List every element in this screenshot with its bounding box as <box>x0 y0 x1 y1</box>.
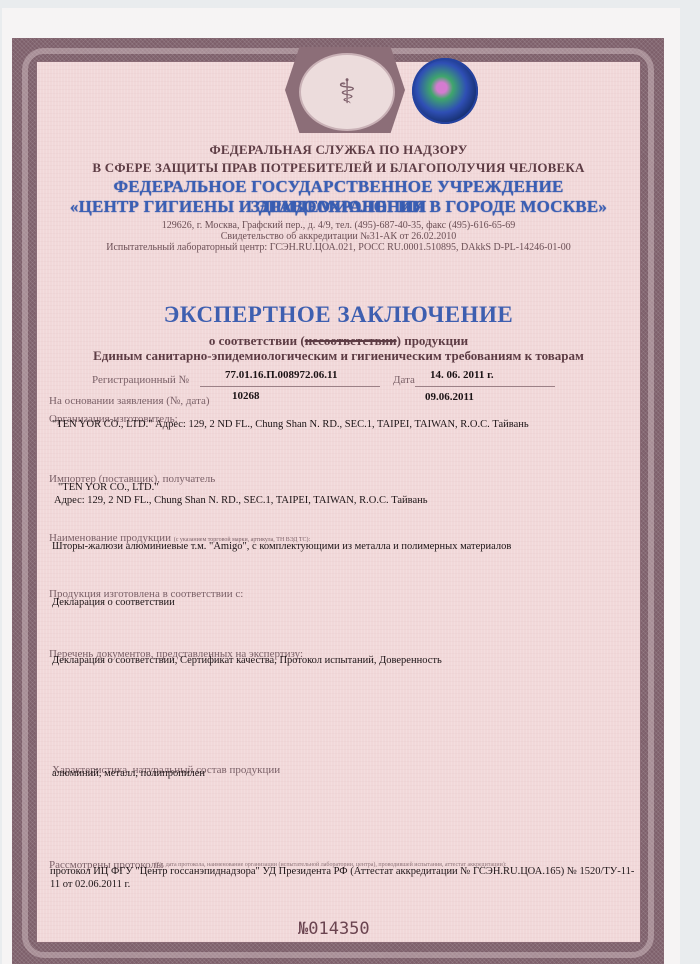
protocols-value-line-1: протокол ИЦ ФГУ "Центр госсанэпиднадзора… <box>50 866 634 877</box>
application-label: На основании заявления (№, дата) <box>49 395 210 407</box>
hologram-seal-icon <box>412 58 478 124</box>
agency-line-1: ФЕДЕРАЛЬНАЯ СЛУЖБА ПО НАДЗОРУ <box>37 142 640 158</box>
importer-name: "TEN YOR CO., LTD." <box>58 482 159 493</box>
subtitle-struck-word: несоответствии <box>305 333 397 348</box>
registration-number: 77.01.16.П.008972.06.11 <box>225 369 337 381</box>
subtitle-suffix: ) продукции <box>397 333 468 348</box>
manufacturer-value: "TEN YOR CO., LTD." Адрес: 129, 2 ND FL.… <box>52 419 529 430</box>
registration-underline <box>200 386 380 387</box>
institution-line-2: «ЦЕНТР ГИГИЕНЫ И ЭПИДЕМИОЛОГИИ В ГОРОДЕ … <box>37 197 640 217</box>
institution-address: 129626, г. Москва, Графский пер., д. 4/9… <box>37 220 640 231</box>
agency-line-2: В СФЕРЕ ЗАЩИТЫ ПРАВ ПОТРЕБИТЕЛЕЙ И БЛАГО… <box>37 160 640 176</box>
document-subtitle: о соответствии (несоответствии) продукци… <box>37 333 640 349</box>
product-name: Шторы-жалюзи алюминиевые т.м. "Amigo", с… <box>52 541 511 552</box>
accreditation-certificate: Свидетельство об аккредитации №31-АК от … <box>37 231 640 242</box>
registration-label: Регистрационный № <box>92 374 189 386</box>
documents-value: Декларация о соответствии, Сертификат ка… <box>52 655 442 666</box>
protocols-value-line-2: 11 от 02.06.2011 г. <box>50 879 130 890</box>
serial-number: №014350 <box>298 919 370 939</box>
emblem-badge: ⚕ <box>285 47 405 133</box>
application-number: 10268 <box>232 390 260 402</box>
medical-emblem-icon: ⚕ <box>299 53 395 131</box>
date-underline <box>415 386 555 387</box>
issue-date: 14. 06. 2011 г. <box>430 369 494 381</box>
document-title: ЭКСПЕРТНОЕ ЗАКЛЮЧЕНИЕ <box>37 302 640 328</box>
composition-value: алюминий, металл, полипропилен <box>52 768 205 779</box>
subtitle-prefix: о соответствии ( <box>209 333 305 348</box>
document-subtitle-line-2: Единым санитарно-эпидемиологическим и ги… <box>37 348 640 364</box>
date-label: Дата <box>393 374 415 386</box>
application-date: 09.06.2011 <box>425 391 474 403</box>
importer-address: Адрес: 129, 2 ND FL., Chung Shan N. RD.,… <box>54 495 428 506</box>
produced-value: Декларация о соответствии <box>52 597 175 608</box>
lab-center-codes: Испытательный лабораторный центр: ГСЭН.R… <box>37 242 640 253</box>
